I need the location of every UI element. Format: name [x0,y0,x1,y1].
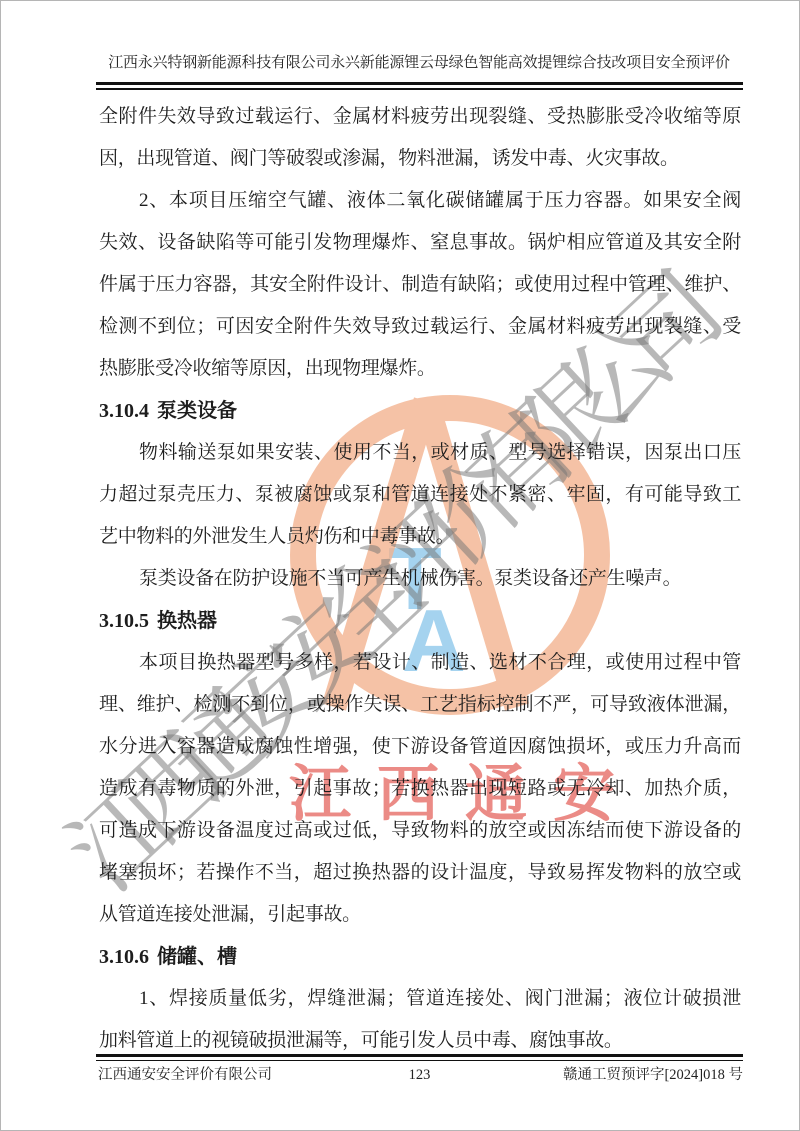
section-title: 储罐、槽 [157,946,237,968]
section-heading: 3.10.4泵类设备 [99,390,741,432]
paragraph-line: 艺中物料的外泄发生人员灼伤和中毒事故。 [99,516,741,558]
paragraph-line: 物料输送泵如果安装、使用不当，或材质、型号选择错误，因泵出口压 [99,432,741,474]
paragraph-line: 加料管道上的视镜破损泄漏等，可能引发人员中毒、腐蚀事故。 [99,1020,741,1062]
paragraph-line: 全附件失效导致过载运行、金属材料疲劳出现裂缝、受热膨胀受冷收缩等原 [99,96,741,138]
header-rule-thick [96,82,743,85]
section-title: 换热器 [157,610,217,632]
paragraph-line: 件属于压力容器，其安全附件设计、制造有缺陷；或使用过程中管理、维护、 [99,264,741,306]
section-heading: 3.10.5换热器 [99,600,741,642]
section-number: 3.10.5 [99,610,149,632]
paragraph-line: 泵类设备在防护设施不当可产生机械伤害。泵类设备还产生噪声。 [99,558,741,600]
document-body: 全附件失效导致过载运行、金属材料疲劳出现裂缝、受热膨胀受冷收缩等原因，出现管道、… [99,96,741,1062]
header-rule-thin [96,88,743,90]
paragraph-line: 理、维护、检测不到位，或操作失误、工艺指标控制不严，可导致液体泄漏， [99,684,741,726]
page-footer: 江西通安安全评价有限公司 123 赣通工贸预评字[2024]018 号 [96,1064,743,1086]
paragraph-line: 因，出现管道、阀门等破裂或渗漏，物料泄漏，诱发中毒、火灾事故。 [99,138,741,180]
paragraph-line: 热膨胀受冷收缩等原因，出现物理爆炸。 [99,348,741,390]
paragraph-line: 堵塞损坏；若操作不当，超过换热器的设计温度，导致易挥发物料的放空或 [99,852,741,894]
paragraph-line: 1、焊接质量低劣，焊缝泄漏；管道连接处、阀门泄漏；液位计破损泄 漏； [99,978,741,1020]
document-page: 江西永兴特钢新能源科技有限公司永兴新能源锂云母绿色智能高效提锂综合技改项目安全预… [0,0,800,1131]
section-title: 泵类设备 [157,400,237,422]
paragraph-line: 检测不到位；可因安全附件失效导致过载运行、金属材料疲劳出现裂缝、受 [99,306,741,348]
section-number: 3.10.6 [99,946,149,968]
paragraph-line: 可造成下游设备温度过高或过低，导致物料的放空或因冻结而使下游设备的 [99,810,741,852]
paragraph-line: 水分进入容器造成腐蚀性增强，使下游设备管道因腐蚀损坏，或压力升高而 [99,726,741,768]
section-number: 3.10.4 [99,400,149,422]
paragraph-line: 从管道连接处泄漏，引起事故。 [99,894,741,936]
footer-doc-number: 赣通工贸预评字[2024]018 号 [563,1064,743,1086]
paragraph-line: 失效、设备缺陷等可能引发物理爆炸、窒息事故。锅炉相应管道及其安全附 [99,222,741,264]
section-heading: 3.10.6储罐、槽 [99,936,741,978]
paragraph-line: 力超过泵壳压力、泵被腐蚀或泵和管道连接处不紧密、牢固，有可能导致工 [99,474,741,516]
paragraph-line: 2、本项目压缩空气罐、液体二氧化碳储罐属于压力容器。如果安全阀 [99,180,741,222]
paragraph-line: 造成有毒物质的外泄，引起事故；若换热器出现短路或无冷却、加热介质， [99,768,741,810]
paragraph-line: 本项目换热器型号多样，若设计、制造、选材不合理，或使用过程中管 [99,642,741,684]
page-header-title: 江西永兴特钢新能源科技有限公司永兴新能源锂云母绿色智能高效提锂综合技改项目安全预… [95,50,743,76]
